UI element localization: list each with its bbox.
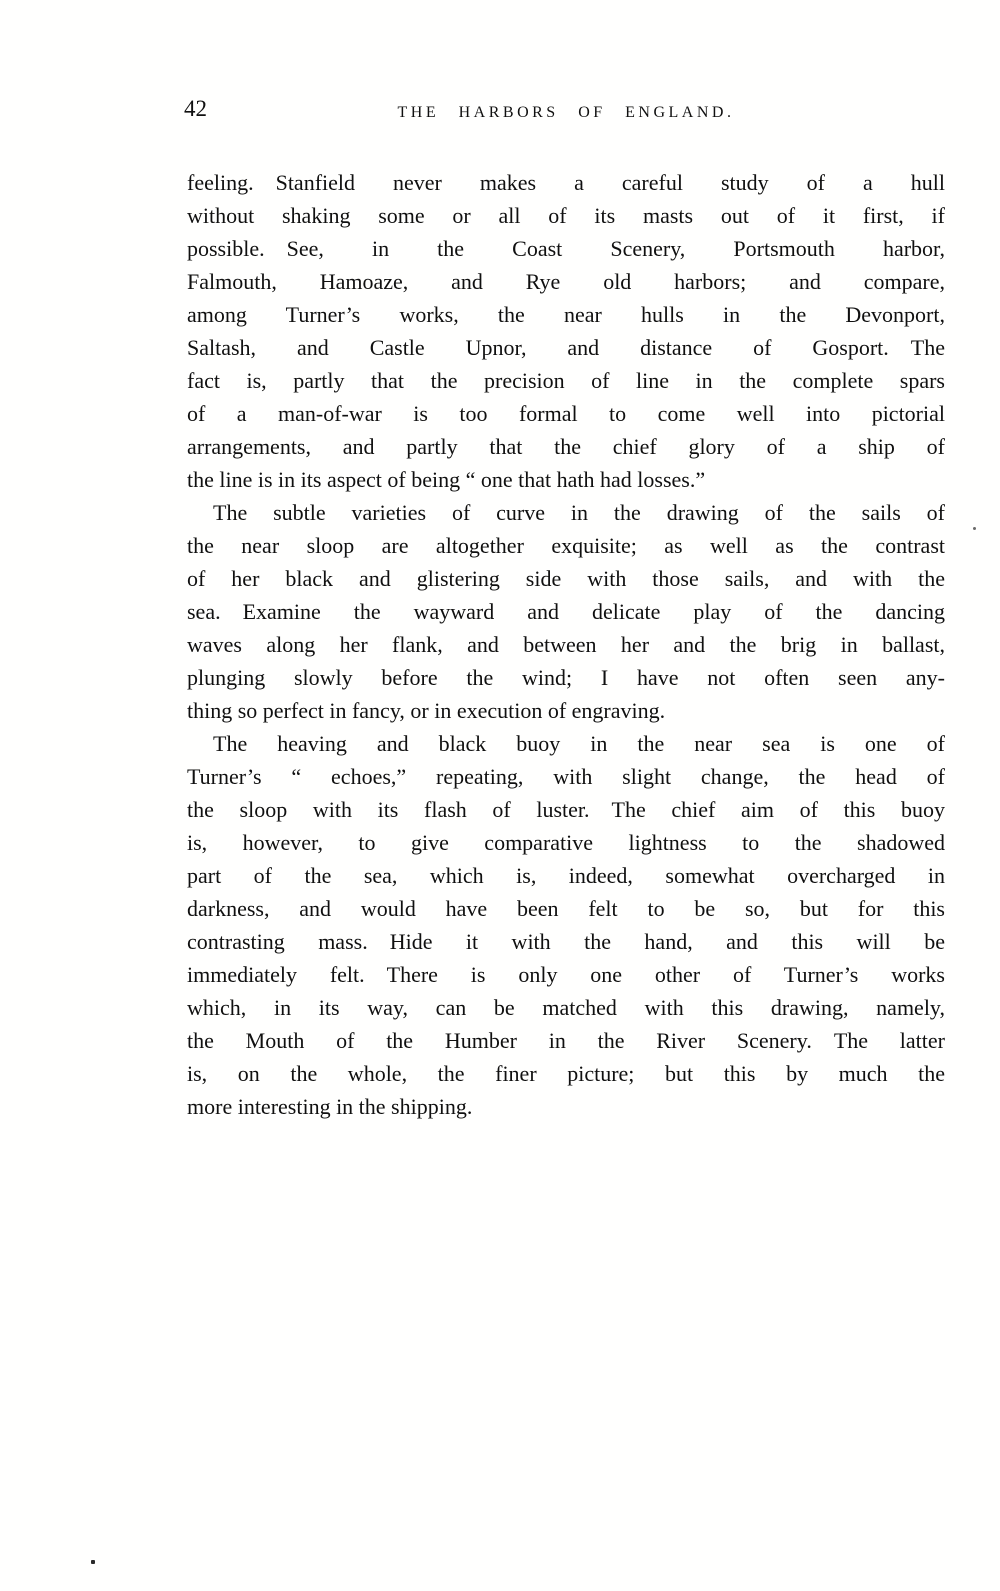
text-line: more interesting in the shipping. xyxy=(187,1090,945,1123)
paragraph: The subtle varieties of curve in the dra… xyxy=(187,496,945,727)
text-line: thing so perfect in fancy, or in executi… xyxy=(187,694,945,727)
paragraph: The heaving and black buoy in the near s… xyxy=(187,727,945,1123)
text-line: Turner’s “ echoes,” repeating, with slig… xyxy=(187,760,945,793)
text-line: of a man-of-war is too formal to come we… xyxy=(187,397,945,430)
text-line: contrasting mass. Hide it with the hand,… xyxy=(187,925,945,958)
text-line: among Turner’s works, the near hulls in … xyxy=(187,298,945,331)
text-line: the line is in its aspect of being “ one… xyxy=(187,463,945,496)
paragraph: feeling. Stanfield never makes a careful… xyxy=(187,166,945,496)
text-line: part of the sea, which is, indeed, somew… xyxy=(187,859,945,892)
scan-speck xyxy=(91,1560,95,1564)
scan-speck xyxy=(973,527,976,530)
text-line: The subtle varieties of curve in the dra… xyxy=(187,496,945,529)
text-line: of her black and glistering side with th… xyxy=(187,562,945,595)
text-line: the near sloop are altogether exquisite;… xyxy=(187,529,945,562)
text-line: the sloop with its flash of luster. The … xyxy=(187,793,945,826)
text-line: sea. Examine the wayward and delicate pl… xyxy=(187,595,945,628)
text-line: Falmouth, Hamoaze, and Rye old harbors; … xyxy=(187,265,945,298)
text-line: which, in its way, can be matched with t… xyxy=(187,991,945,1024)
text-line: arrangements, and partly that the chief … xyxy=(187,430,945,463)
text-line: possible. See, in the Coast Scenery, Por… xyxy=(187,232,945,265)
text-line: fact is, partly that the precision of li… xyxy=(187,364,945,397)
text-line: is, on the whole, the finer picture; but… xyxy=(187,1057,945,1090)
text-line: Saltash, and Castle Upnor, and distance … xyxy=(187,331,945,364)
book-page: 42 THE HARBORS OF ENGLAND. feeling. Stan… xyxy=(0,0,1000,1591)
running-title: THE HARBORS OF ENGLAND. xyxy=(187,102,945,124)
text-line: darkness, and would have been felt to be… xyxy=(187,892,945,925)
page-body: feeling. Stanfield never makes a careful… xyxy=(187,166,945,1123)
text-line: is, however, to give comparative lightne… xyxy=(187,826,945,859)
text-line: The heaving and black buoy in the near s… xyxy=(187,727,945,760)
text-line: the Mouth of the Humber in the River Sce… xyxy=(187,1024,945,1057)
text-line: immediately felt. There is only one othe… xyxy=(187,958,945,991)
text-line: waves along her flank, and between her a… xyxy=(187,628,945,661)
text-line: plunging slowly before the wind; I have … xyxy=(187,661,945,694)
text-line: feeling. Stanfield never makes a careful… xyxy=(187,166,945,199)
text-line: without shaking some or all of its masts… xyxy=(187,199,945,232)
